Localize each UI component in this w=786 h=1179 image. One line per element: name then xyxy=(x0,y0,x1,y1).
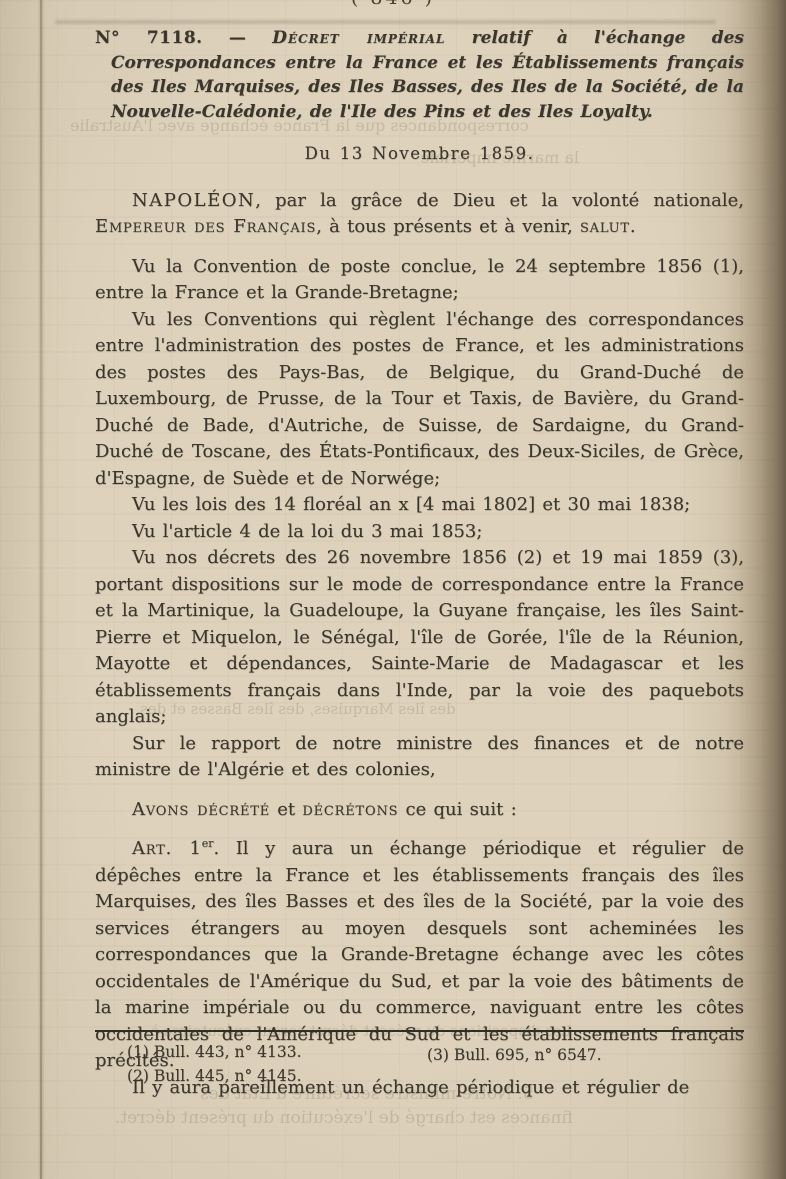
decretons-smallcaps: décrétons xyxy=(302,799,398,820)
page-edge-shadow xyxy=(740,0,786,1179)
date-line: Du 13 Novembre 1859. xyxy=(95,141,744,168)
scanned-document-page: ( 846 ) correspondances que la France éc… xyxy=(0,0,786,1179)
paragraph-napoleon: NAPOLÉON, par la grâce de Dieu et la vol… xyxy=(95,188,744,241)
page-fold-line xyxy=(40,0,42,1179)
paragraph-avons-decrete: Avons décrété et décrétons ce qui suit : xyxy=(95,797,744,824)
footnote-3: (3) Bull. 695, n° 6547. xyxy=(427,1043,602,1067)
decree-content: N° 7118. — Décret impérial relatif à l'é… xyxy=(95,18,744,1101)
avons-decrete-smallcaps: Avons décrété xyxy=(132,799,270,820)
emperor-name: NAPOLÉON xyxy=(132,190,255,211)
paragraph-vu-lois: Vu les lois des 14 floréal an x [4 mai 1… xyxy=(95,492,744,519)
emperor-title: Empereur des Français xyxy=(95,216,316,237)
napoleon-text-2: , à tous présents et à venir, xyxy=(316,216,580,237)
paragraph-rapport: Sur le rapport de notre ministre des fin… xyxy=(95,731,744,784)
napoleon-text-1: , par la grâce de Dieu et la volonté nat… xyxy=(255,190,744,211)
footnote-1: (1) Bull. 443, n° 4133. xyxy=(127,1040,427,1064)
paragraph-vu-decrets: Vu nos décrets des 26 novembre 1856 (2) … xyxy=(95,545,744,731)
footnote-columns: (1) Bull. 443, n° 4133. (2) Bull. 445, n… xyxy=(95,1040,744,1088)
avons-end: ce qui suit : xyxy=(398,799,516,820)
footnote-column-left: (1) Bull. 443, n° 4133. (2) Bull. 445, n… xyxy=(127,1040,427,1088)
page-number-partial: ( 846 ) xyxy=(351,0,435,9)
article-1-ordinal: er xyxy=(202,837,214,850)
avons-mid: et xyxy=(270,799,302,820)
footnotes-section: (1) Bull. 443, n° 4133. (2) Bull. 445, n… xyxy=(95,1030,744,1088)
decree-heading: N° 7118. — Décret impérial relatif à l'é… xyxy=(95,26,744,124)
footnote-2: (2) Bull. 445, n° 4145. xyxy=(127,1064,427,1088)
heading-dash: — xyxy=(229,28,246,48)
paragraph-vu-conventions: Vu les Conventions qui règlent l'échange… xyxy=(95,307,744,493)
napoleon-text-3: . xyxy=(630,216,636,237)
paragraph-vu-article: Vu l'article 4 de la loi du 3 mai 1853; xyxy=(95,519,744,546)
paragraph-vu-convention: Vu la Convention de poste conclue, le 24… xyxy=(95,254,744,307)
footnote-column-right: (3) Bull. 695, n° 6547. xyxy=(427,1043,602,1088)
bleedthrough-fragment: finances est chargé de l'exécution du pr… xyxy=(115,1108,573,1128)
footnote-rule xyxy=(95,1030,744,1032)
article-1-label: Art. 1 xyxy=(132,838,202,859)
decree-number: N° 7118. xyxy=(95,28,203,48)
decree-title-smallcaps: Décret impérial xyxy=(272,28,445,48)
salut-word: salut xyxy=(580,216,630,237)
